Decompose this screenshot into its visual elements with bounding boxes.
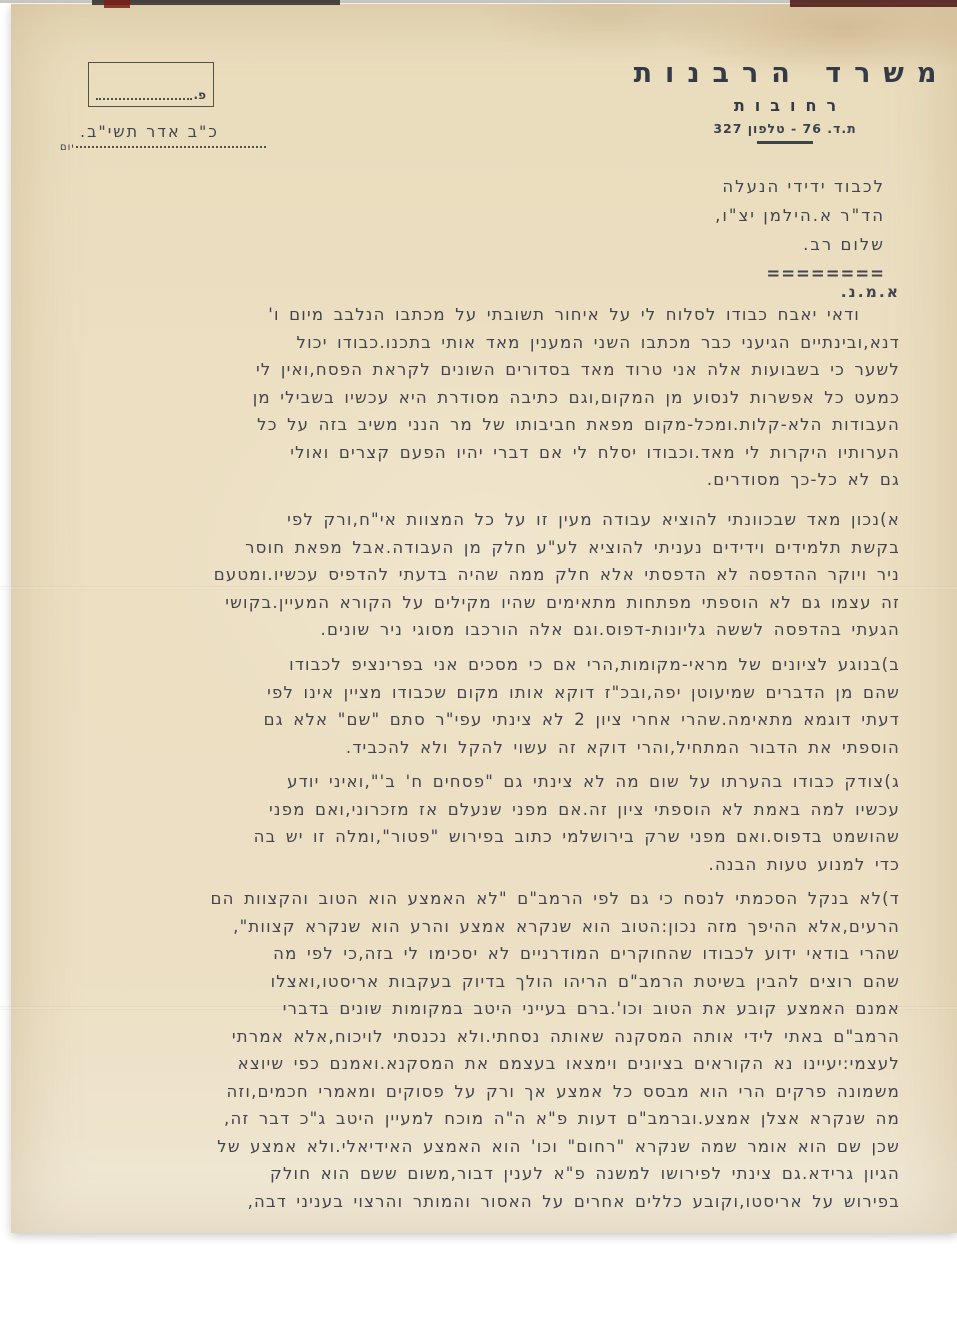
salutation-abbreviation: א.מ.נ. — [841, 283, 900, 301]
text-line: שהם רוצים להבין בשיטת הרמב"ם הריהו הולך … — [54, 968, 900, 996]
text-line: הוספתי את הדבור המתחיל,והרי דוקא זה עשוי… — [54, 734, 900, 762]
text-line: בקשת תלמידים וידידים נעניתי להוציא לע"ע … — [54, 534, 900, 562]
paragraph-opening: ודאי יאבח כבודו לסלוח לי על איחור תשובתי… — [54, 301, 900, 494]
date-block: כ"ב אדר תשי"ב. יום — [76, 122, 266, 148]
text-line: דעתי דוגמא מתאימה.שהרי אחרי ציון 2 לא צי… — [54, 706, 900, 734]
text-line: ב)בנוגע לציונים של מראי-מקומות,הרי אם כי… — [54, 651, 900, 679]
paragraph-gimel: ג)צודק כבודו בהערתו על שום מה לא צינתי ג… — [54, 768, 900, 878]
text-line: א)נכון מאד שבכוונתי להוציא עבודה מעין זו… — [54, 506, 900, 534]
scan-edge-artifact — [790, 0, 957, 7]
text-line: העבודות הלא-קלות.ומכל-מקום מפאת חביבותו … — [54, 411, 900, 439]
text-line: ד)לא בנקל הסכמתי לנסח כי גם לפי הרמב"ם "… — [54, 885, 900, 913]
text-line: כמעט כל אפשרות לנסוע מן המקום,וגם כתיבה … — [54, 384, 900, 412]
letterhead-city: רחובות — [620, 96, 957, 115]
text-line: דנא,ובינתיים הגיעני כבר מכתבו השני המעני… — [54, 329, 900, 357]
text-line: מה שנקרא אצלן אמצע.וברמב"ם דעות פ"א ה"ה … — [54, 1105, 900, 1133]
reference-number-row: פ. — [96, 90, 206, 100]
day-label: יום — [60, 142, 75, 153]
recipient-greeting: שלום רב. — [715, 230, 885, 259]
letterhead: משרד הרבנות רחובות ת.ד. 76 - טלפון 327 — [620, 58, 950, 144]
recipient-block: לכבוד ידידי הנעלה הד"ר א.הילמן יצ"ו, שלו… — [715, 172, 885, 288]
text-line: עכשיו למה באמת לא הוספתי ציון זה.אם מפני… — [54, 796, 900, 824]
text-line: אמנם האמצע קובע את הטוב וכו'.ברם בעייני … — [54, 995, 900, 1023]
reference-number-label: פ. — [194, 90, 206, 100]
text-line: הרמב"ם באתי לידי אותה המסקנה שאותה נסחתי… — [54, 1023, 900, 1051]
text-line: הערותיו היקרות לי מאד.וכבודו יסלח לי אם … — [54, 439, 900, 467]
paragraph-dalet: ד)לא בנקל הסכמתי לנסח כי גם לפי הרמב"ם "… — [54, 885, 900, 1215]
recipient-line: הד"ר א.הילמן יצ"ו, — [715, 201, 885, 230]
text-line: לשער כי בשבועות אלה אני טרוד מאד בסדורים… — [54, 356, 900, 384]
text-line: ניר ויוקר ההדפסה לא הדפסתי אלא חלק ממה ש… — [54, 561, 900, 589]
text-line: שהושמט בדפוס.ואם מפני שרק בירושלמי כתוב … — [54, 823, 900, 851]
text-line: משמונה פרקים הרי הוא מבסס כל אמצע אך ורק… — [54, 1078, 900, 1106]
text-line: שכן שם הוא אומר שמה שנקרא "רחום" וכו' הו… — [54, 1133, 900, 1161]
text-line: שהם מן הדברים שמיעוטן יפה,ובכ"ז דוקא אות… — [54, 679, 900, 707]
text-line: הרעים,אלא ההיפך מזה נכון:הטוב הוא שנקרא … — [54, 913, 900, 941]
text-line: זה עצמו גם לא הוספתי מפתחות מתאימים שהיו… — [54, 589, 900, 617]
reference-number-dotted-line — [96, 94, 192, 100]
recipient-line: לכבוד ידידי הנעלה — [715, 172, 885, 201]
text-line: גם לא כל-כך מסודרים. — [54, 466, 900, 494]
text-line: בפירוש על אריסטו,וקובע כללים אחרים על הא… — [54, 1188, 900, 1216]
scanned-letter-page: משרד הרבנות רחובות ת.ד. 76 - טלפון 327 פ… — [0, 0, 957, 1317]
letterhead-organization: משרד הרבנות — [620, 58, 957, 89]
text-line: הגיון גרידא.גם צינתי לפירושו למשנה פ"א ל… — [54, 1160, 900, 1188]
text-line: ודאי יאבח כבודו לסלוח לי על איחור תשובתי… — [54, 301, 900, 329]
text-line: ג)צודק כבודו בהערתו על שום מה לא צינתי ג… — [54, 768, 900, 796]
reference-number-box: פ. — [88, 62, 214, 107]
letterhead-rule — [757, 141, 813, 144]
typed-date: כ"ב אדר תשי"ב. — [76, 122, 266, 141]
letterhead-contact: ת.ד. 76 - טלפון 327 — [620, 121, 950, 136]
text-line: הגעתי בהדפסה לששה גליונות-דפוס.וגם אלה ה… — [54, 616, 900, 644]
text-line: כדי למנוע טעות הבנה. — [54, 851, 900, 879]
paragraph-aleph: א)נכון מאד שבכוונתי להוציא עבודה מעין זו… — [54, 506, 900, 644]
scan-edge-artifact — [104, 0, 130, 8]
text-line: שהרי בודאי ידוע לכבודו שהחוקרים המודרניי… — [54, 940, 900, 968]
text-line: לעצמי:יעיינו נא הקוראים בציונים וימצאו ב… — [54, 1050, 900, 1078]
date-dotted-line: יום — [76, 142, 266, 148]
paragraph-bet: ב)בנוגע לציונים של מראי-מקומות,הרי אם כי… — [54, 651, 900, 761]
